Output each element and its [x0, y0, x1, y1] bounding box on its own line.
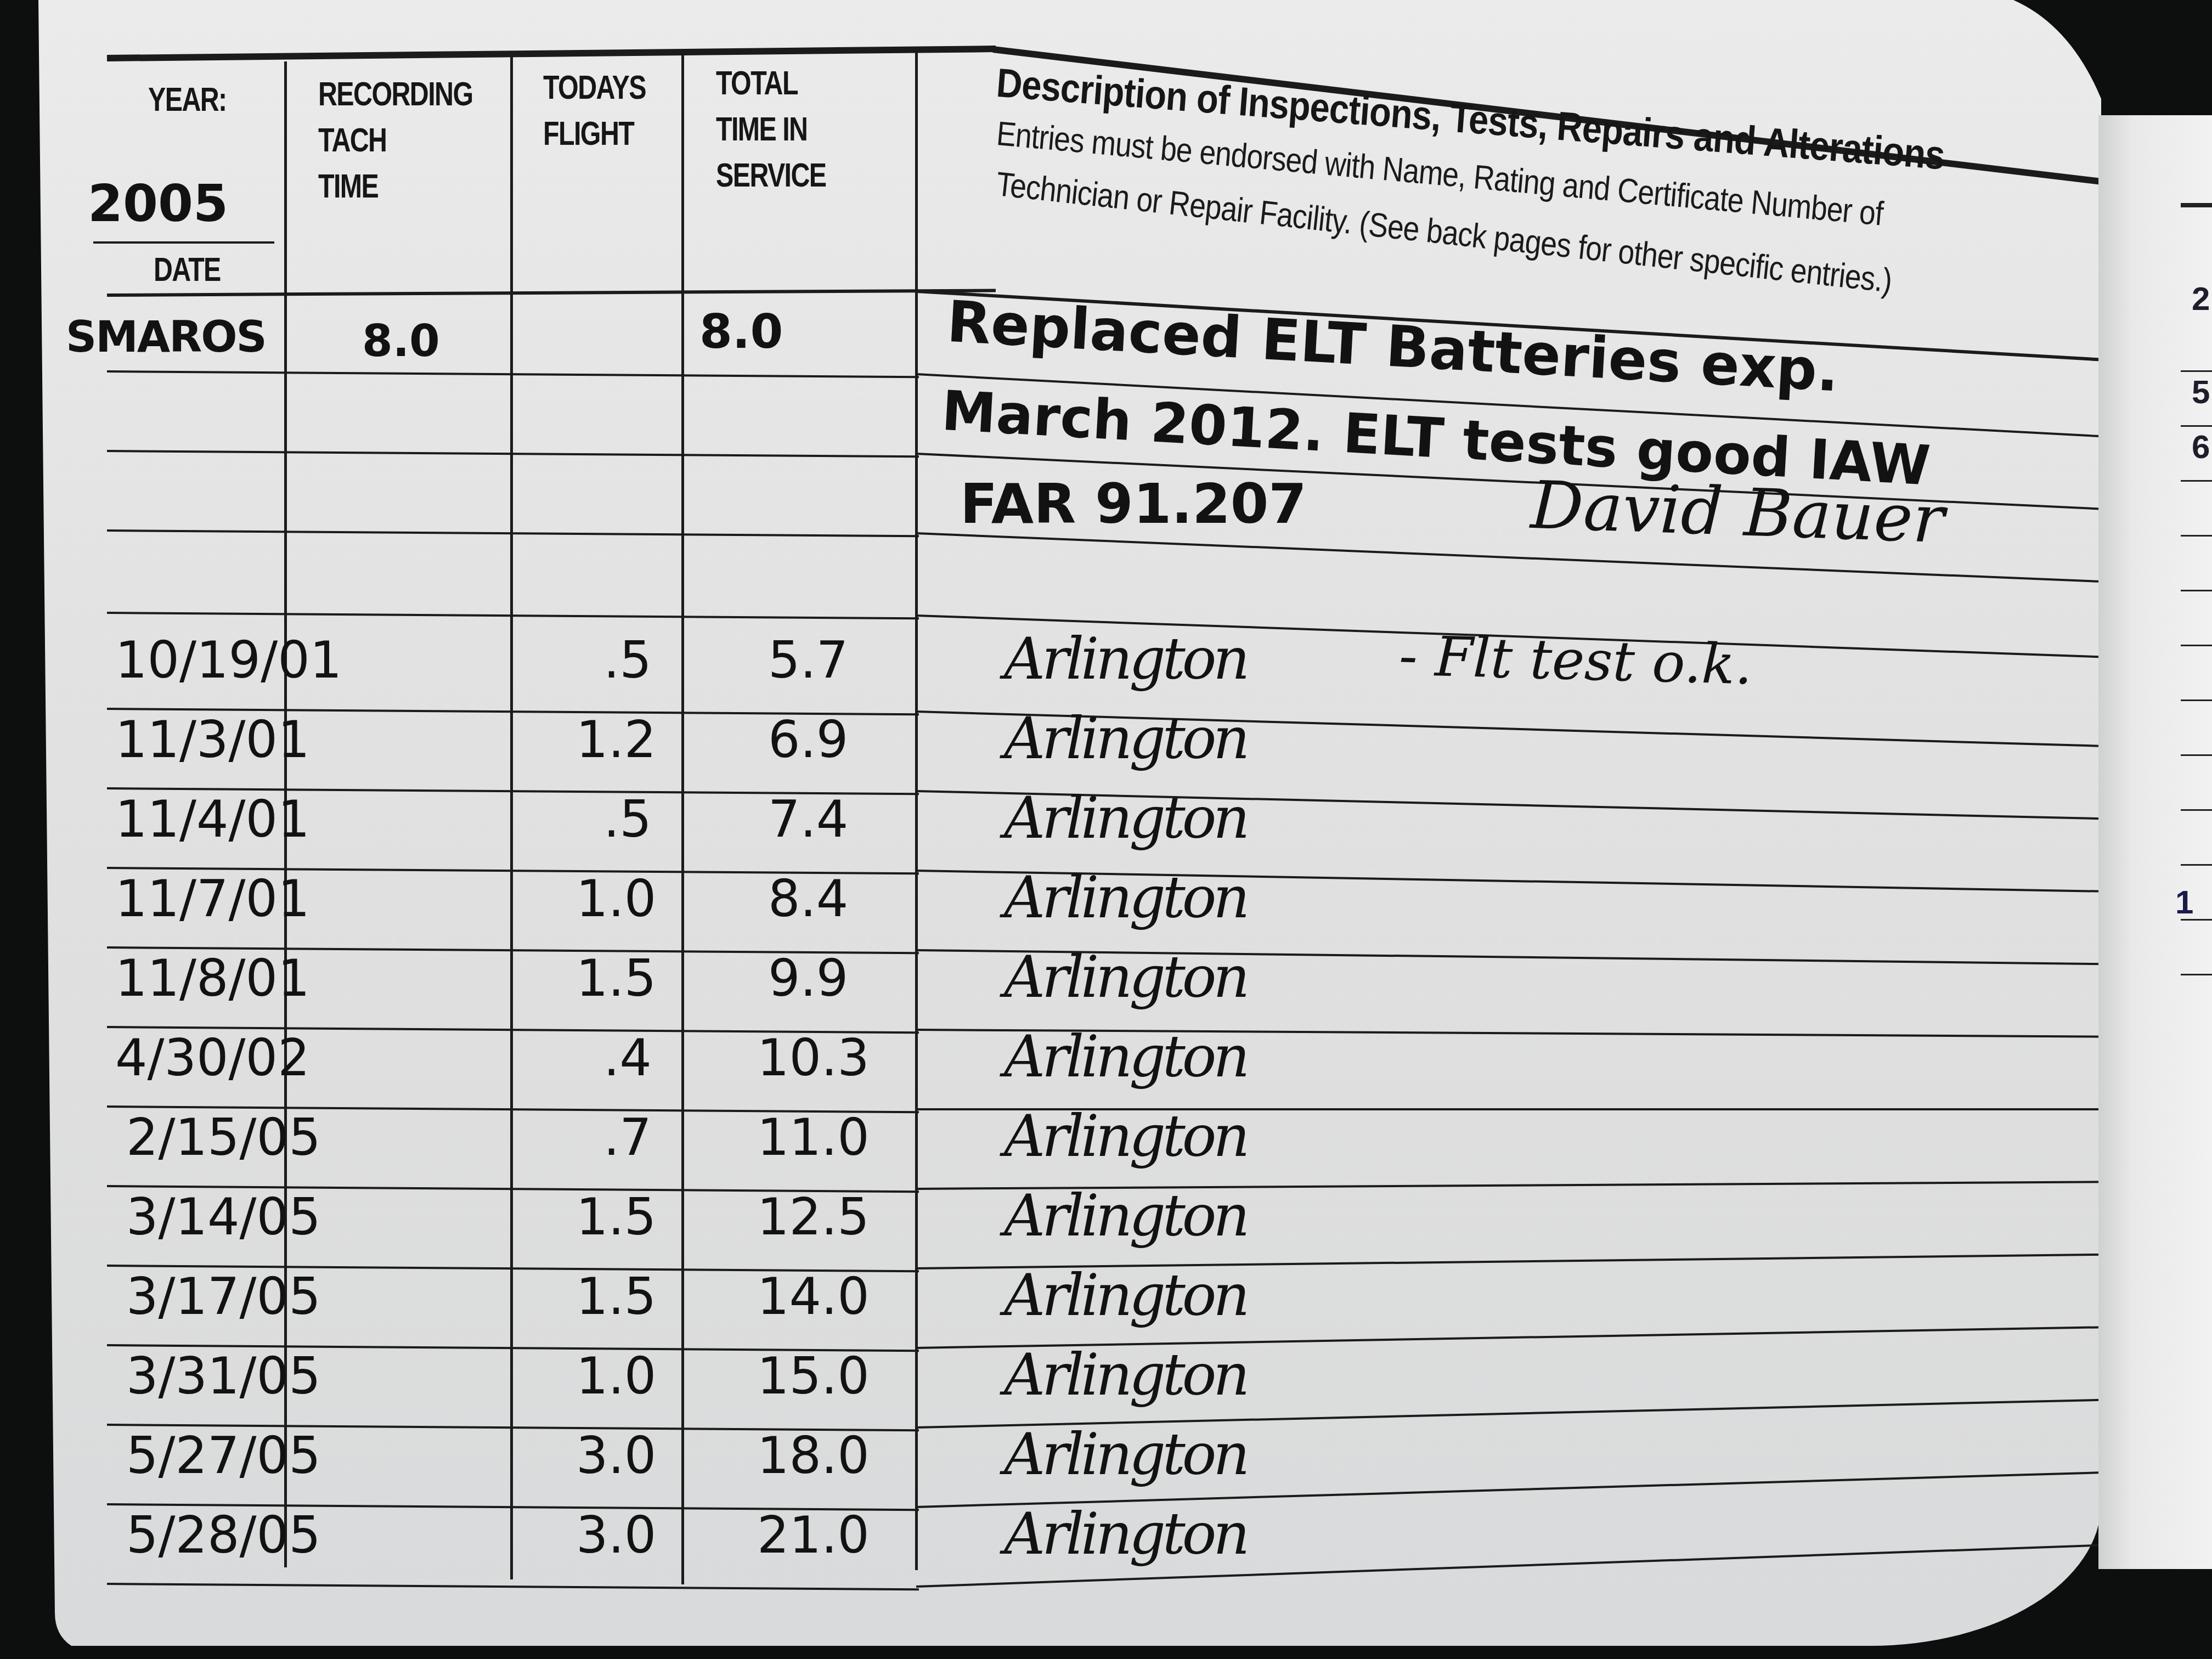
row-rule	[107, 1583, 919, 1590]
entry-date: 3/14/05	[126, 1188, 321, 1246]
entry-total-time: 18.0	[757, 1426, 870, 1485]
entry-description: Arlington	[1004, 944, 1246, 1011]
header-top-rule	[107, 46, 996, 61]
entry-date: 11/7/01	[115, 870, 310, 928]
facing-page-rule	[2181, 809, 2212, 811]
entry-todays-flight: 1.5	[576, 1267, 656, 1326]
entry-todays-flight: 1.0	[576, 1347, 656, 1406]
entry-todays-flight: 1.5	[576, 949, 656, 1008]
column-divider-todays	[681, 54, 684, 1584]
entry-todays-flight: 1.5	[576, 1188, 656, 1246]
entry-date: 10/19/01	[115, 631, 342, 690]
facing-page-rule	[2181, 645, 2212, 646]
entry-description: Arlington	[1004, 705, 1246, 772]
entry-description: Arlington	[1004, 1262, 1246, 1329]
maintenance-desc-line-3: FAR 91.207	[960, 472, 1307, 536]
facing-page-rule	[2181, 699, 2212, 701]
entry-todays-flight: 3.0	[576, 1506, 656, 1565]
entry-total-time: 12.5	[757, 1188, 870, 1246]
entry-note: - Flt test o.k.	[1398, 624, 1753, 697]
entry-total-time: 10.3	[757, 1029, 870, 1087]
logbook-page: YEAR: 2005 DATE RECORDING TACH TIME TODA…	[38, 0, 2101, 1646]
maintenance-tach-time: 8.0	[362, 315, 440, 366]
facing-page: 2 5 6 1	[2098, 115, 2212, 1569]
facing-page-rule	[2181, 754, 2212, 756]
entry-date: 11/3/01	[115, 710, 310, 769]
entry-todays-flight: 1.0	[576, 870, 656, 928]
year-value: 2005	[88, 174, 228, 233]
entry-date: 4/30/02	[115, 1029, 310, 1087]
entry-description: Arlington	[1004, 1182, 1246, 1249]
entry-todays-flight: 1.2	[576, 710, 656, 769]
entry-todays-flight: .5	[603, 631, 652, 690]
entry-total-time: 11.0	[757, 1108, 870, 1167]
column-divider-tach	[510, 57, 513, 1579]
entry-description: Arlington	[1004, 625, 1246, 692]
entry-total-time: 9.9	[768, 949, 848, 1008]
entry-total-time: 5.7	[768, 631, 848, 690]
entry-total-time: 21.0	[757, 1506, 870, 1565]
facing-page-rule	[2181, 974, 2212, 975]
entry-todays-flight: .7	[603, 1108, 652, 1167]
facing-page-glyph: 5	[2192, 373, 2210, 411]
entry-todays-flight: .4	[603, 1029, 652, 1087]
maintenance-date: SMAROS	[66, 313, 266, 362]
entry-description: Arlington	[1004, 1341, 1246, 1408]
facing-page-rule	[2181, 203, 2212, 207]
entry-date: 3/17/05	[126, 1267, 321, 1326]
entry-description: Arlington	[1004, 1421, 1246, 1488]
entry-description: Arlington	[1004, 864, 1246, 931]
facing-page-glyph: 1	[2175, 883, 2193, 921]
tach-label: RECORDING TACH TIME	[318, 71, 473, 210]
header-bottom-rule	[107, 289, 996, 297]
entry-date: 5/27/05	[126, 1426, 321, 1485]
todays-flight-label: TODAYS FLIGHT	[543, 65, 646, 157]
entry-date: 11/4/01	[115, 790, 310, 849]
entry-description: Arlington	[1004, 1103, 1246, 1170]
entry-todays-flight: 3.0	[576, 1426, 656, 1485]
year-underline	[93, 241, 274, 244]
facing-page-glyph: 2	[2192, 280, 2210, 318]
facing-page-rule	[2181, 864, 2212, 866]
entry-total-time: 6.9	[768, 710, 848, 769]
entry-todays-flight: .5	[603, 790, 652, 849]
entry-description: Arlington	[1004, 785, 1246, 851]
entry-date: 11/8/01	[115, 949, 310, 1008]
column-divider-total	[915, 50, 918, 1570]
entry-description: Arlington	[1004, 1023, 1246, 1090]
facing-page-rule	[2181, 535, 2212, 537]
facing-page-rule	[2181, 425, 2212, 427]
entry-date: 2/15/05	[126, 1108, 321, 1167]
facing-page-rule	[2181, 370, 2212, 372]
date-label: DATE	[154, 247, 221, 293]
year-label: YEAR:	[148, 77, 227, 123]
entry-total-time: 14.0	[757, 1267, 870, 1326]
entry-total-time: 7.4	[768, 790, 848, 849]
total-time-label: TOTAL TIME IN SERVICE	[716, 60, 826, 199]
entry-total-time: 8.4	[768, 870, 848, 928]
technician-signature: David Bauer	[1530, 467, 1946, 558]
facing-page-rule	[2181, 590, 2212, 591]
entry-description: Arlington	[1004, 1500, 1246, 1567]
maintenance-total-time: 8.0	[699, 304, 783, 359]
entry-total-time: 15.0	[757, 1347, 870, 1406]
facing-page-rule	[2181, 480, 2212, 482]
entry-date: 3/31/05	[126, 1347, 321, 1406]
entry-date: 5/28/05	[126, 1506, 321, 1565]
facing-page-glyph: 6	[2192, 428, 2210, 466]
